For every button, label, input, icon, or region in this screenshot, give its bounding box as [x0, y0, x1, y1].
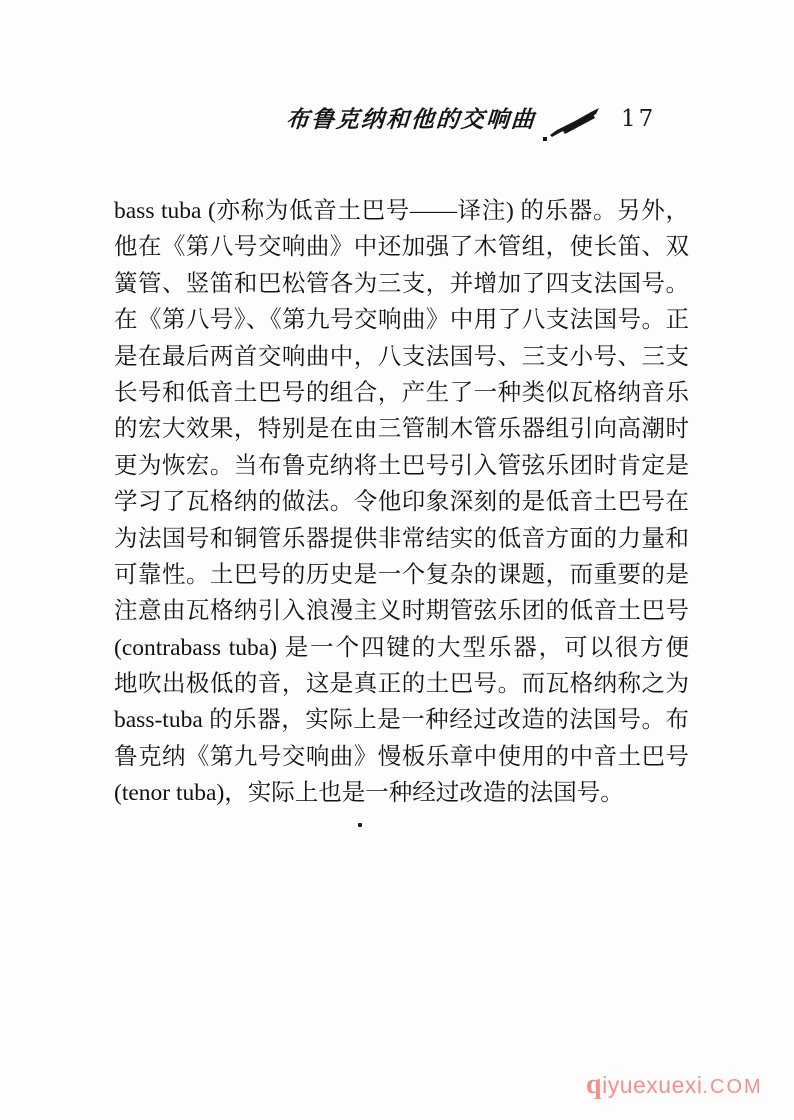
- body-line: 地吹出极低的音，这是真正的土巴号。而瓦格纳称之为: [114, 666, 689, 702]
- body-line: 可靠性。土巴号的历史是一个复杂的课题，而重要的是: [114, 557, 689, 593]
- body-line: bass-tuba 的乐器，实际上是一种经过改造的法国号。布: [114, 702, 689, 738]
- body-line: 的宏大效果，特别是在由三管制木管乐器组引向高潮时: [114, 411, 689, 447]
- body-line: 是在最后两首交响曲中，八支法国号、三支小号、三支: [114, 339, 689, 375]
- page-number: 17: [621, 106, 656, 132]
- body-line: (contrabass tuba) 是一个四键的大型乐器，可以很方便: [114, 630, 689, 666]
- body-line: bass tuba (亦称为低音土巴号——译注) 的乐器。另外，: [114, 193, 689, 229]
- body-line: 注意由瓦格纳引入浪漫主义时期管弦乐团的低音土巴号: [114, 593, 689, 629]
- body-text-block: bass tuba (亦称为低音土巴号——译注) 的乐器。另外， 他在《第八号交…: [114, 193, 689, 812]
- watermark-suffix: .COM: [702, 1076, 762, 1098]
- body-line: 为法国号和铜管乐器提供非常结实的低音方面的力量和: [114, 521, 689, 557]
- stray-ink-dot: [358, 823, 362, 827]
- body-line: 在《第八号》、《第九号交响曲》中用了八支法国号。正: [114, 302, 689, 338]
- pen-stroke-icon: [537, 101, 609, 145]
- body-line: 他在《第八号交响曲》中还加强了木管组，使长笛、双: [114, 229, 689, 265]
- body-line: 学习了瓦格纳的做法。令他印象深刻的是低音土巴号在: [114, 484, 689, 520]
- body-line: (tenor tuba)，实际上也是一种经过改造的法国号。: [114, 775, 689, 811]
- body-line: 簧管、竖笛和巴松管各为三支，并增加了四支法国号。: [114, 266, 689, 302]
- body-line: 更为恢宏。当布鲁克纳将土巴号引入管弦乐团时肯定是: [114, 448, 689, 484]
- watermark: qiyuexuexi.COM: [586, 1070, 763, 1102]
- body-line: 鲁克纳《第九号交响曲》慢板乐章中使用的中音土巴号: [114, 739, 689, 775]
- running-header-title: 布鲁克纳和他的交响曲: [285, 103, 547, 137]
- watermark-initial: q: [586, 1069, 602, 1100]
- body-line: 长号和低音土巴号的组合，产生了一种类似瓦格纳音乐: [114, 375, 689, 411]
- watermark-name: iyuexuexi: [602, 1072, 702, 1098]
- scanned-book-page: 布鲁克纳和他的交响曲 17 bass tuba (亦称为低音土巴号——译注) 的…: [0, 0, 794, 1120]
